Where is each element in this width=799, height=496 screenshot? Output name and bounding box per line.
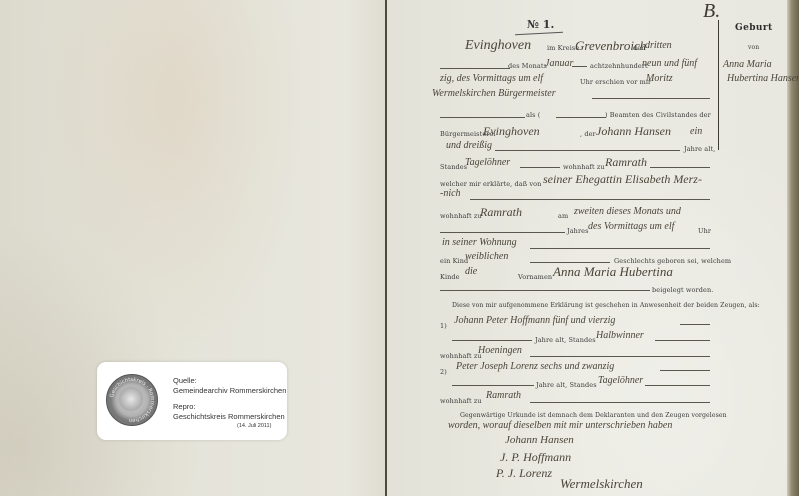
side-header-von: von <box>748 44 759 51</box>
rule <box>440 290 650 291</box>
pr-beamter: ) Beamten des Civilstandes der <box>605 111 711 119</box>
rule <box>530 356 710 357</box>
hw-month: Januar <box>545 58 573 69</box>
hw-mother-cont: -nich <box>440 188 461 199</box>
entry-number: № 1. <box>527 18 554 31</box>
margin-divider <box>718 20 719 150</box>
pr-wohnhaft-2: wohnhaft zu <box>440 212 482 220</box>
pr-wohnhaft: wohnhaft zu <box>563 163 605 171</box>
pr-standes: Standes <box>440 163 467 171</box>
pr-monat: des Monats <box>508 62 547 70</box>
hw-birth-time: des Vormittags um elf <box>588 221 674 232</box>
rule <box>530 248 710 249</box>
rule <box>645 385 710 386</box>
w1-num: 1) <box>440 322 447 330</box>
hw-year: neun und fünf <box>642 58 697 69</box>
rule <box>655 340 710 341</box>
credit-date: (14. Juli 2011) <box>237 423 271 429</box>
rule <box>452 340 532 341</box>
w2-name: Peter Joseph Lorenz sechs und zwanzig <box>456 361 614 372</box>
rule <box>680 324 710 325</box>
hw-place-2: Evinghoven <box>483 124 540 139</box>
hw-birth-place: in seiner Wohnung <box>442 237 517 248</box>
w1-pr-jahre: Jahre alt, Standes <box>535 336 596 344</box>
hw-day: dritten <box>645 40 672 51</box>
hw-time: zig, des Vormittags um elf <box>440 73 543 84</box>
rule <box>530 402 710 403</box>
credit-repro-value: Geschichtskreis Rommerskirchen <box>173 412 285 421</box>
side-name-line1: Anna Maria <box>723 59 772 70</box>
rule <box>440 232 565 233</box>
w1-pr-wohnhaft: wohnhaft zu <box>440 352 482 360</box>
source-credit-box: Geschichtskreis · Rommerskirchen Quelle:… <box>97 362 287 440</box>
pr-den: den <box>633 44 646 52</box>
hw-occupation: Tagelöhner <box>465 157 510 168</box>
hw-place: Evinghoven <box>465 38 531 54</box>
hw-mother: seiner Ehegattin Elisabeth Merz- <box>543 172 702 187</box>
pr-jahre: Jahre alt, <box>684 145 715 153</box>
credit-quelle-label: Quelle: <box>173 376 197 385</box>
w1-occupation: Halbwinner <box>596 330 644 341</box>
w2-occupation: Tagelöhner <box>598 375 643 386</box>
register-spread: № 1. B. Geburt von Anna Maria Hubertina … <box>0 0 799 496</box>
pr-der: , der <box>580 130 596 138</box>
rule <box>556 117 606 118</box>
credit-quelle-value: Gemeindearchiv Rommerskirchen <box>173 386 286 395</box>
w2-residence: Ramrath <box>486 390 521 401</box>
rule <box>530 262 610 263</box>
hw-official: Moritz <box>646 73 673 84</box>
hw-age-start: ein <box>690 126 702 137</box>
hw-residence-2: Ramrath <box>480 205 522 220</box>
rule <box>440 68 510 69</box>
pr-am: am <box>558 212 568 220</box>
pr-beigelegt: beigelegt worden. <box>652 286 713 294</box>
rule <box>660 370 710 371</box>
rule <box>520 167 560 168</box>
pr-als: als ( <box>526 111 540 119</box>
rule <box>452 385 534 386</box>
pr-kinde: Kinde <box>440 273 460 281</box>
credit-repro-label: Repro: <box>173 402 196 411</box>
stamp-emblem <box>119 387 143 411</box>
pr-declaration: Diese von mir aufgenommene Erklärung ist… <box>452 302 760 309</box>
w2-num: 2) <box>440 368 447 376</box>
side-header-title: Geburt <box>735 23 773 33</box>
pr-jahres: Jahres <box>567 227 589 235</box>
hw-father: Johann Hansen <box>596 124 671 139</box>
hw-age: und dreißig <box>446 140 492 151</box>
rule <box>440 117 525 118</box>
hw-official-cont: Wermelskirchen Bürgermeister <box>432 88 556 99</box>
rule <box>572 66 587 67</box>
pr-year: achtzehnhundert <box>590 62 648 70</box>
hw-article: die <box>465 266 477 277</box>
pr-vornamen: Vornamen <box>518 273 552 281</box>
signature-official: Wermelskirchen <box>560 476 643 492</box>
rule <box>650 167 710 168</box>
hw-closing: worden, worauf dieselben mit mir untersc… <box>448 420 672 431</box>
hw-sex: weiblichen <box>465 251 508 262</box>
pr-uhr-2: Uhr <box>698 227 711 235</box>
rule <box>592 98 710 99</box>
pr-uhr: Uhr erschien vor mir <box>580 78 651 86</box>
hw-birth-date: zweiten dieses Monats und <box>574 206 681 217</box>
rule <box>495 150 680 151</box>
signature-witness2: P. J. Lorenz <box>496 466 552 481</box>
signature-witness1: J. P. Hoffmann <box>500 450 571 465</box>
w2-pr-jahre: Jahre alt, Standes <box>536 381 597 389</box>
w2-pr-wohnhaft: wohnhaft zu <box>440 397 482 405</box>
w1-residence: Hoeningen <box>478 345 522 356</box>
w1-name: Johann Peter Hoffmann fünf und vierzig <box>454 315 615 326</box>
pr-welcher: welcher mir erklärte, daß von <box>440 180 541 188</box>
signature-father: Johann Hansen <box>505 434 574 446</box>
rule <box>470 199 710 200</box>
pr-closing: Gegenwärtige Urkunde ist demnach dem Dek… <box>460 412 727 419</box>
archive-stamp-icon: Geschichtskreis · Rommerskirchen <box>106 374 158 426</box>
hw-residence: Ramrath <box>605 155 647 170</box>
side-name-line2: Hubertina Hansen <box>727 73 799 84</box>
hw-given-names: Anna Maria Hubertina <box>553 264 673 280</box>
